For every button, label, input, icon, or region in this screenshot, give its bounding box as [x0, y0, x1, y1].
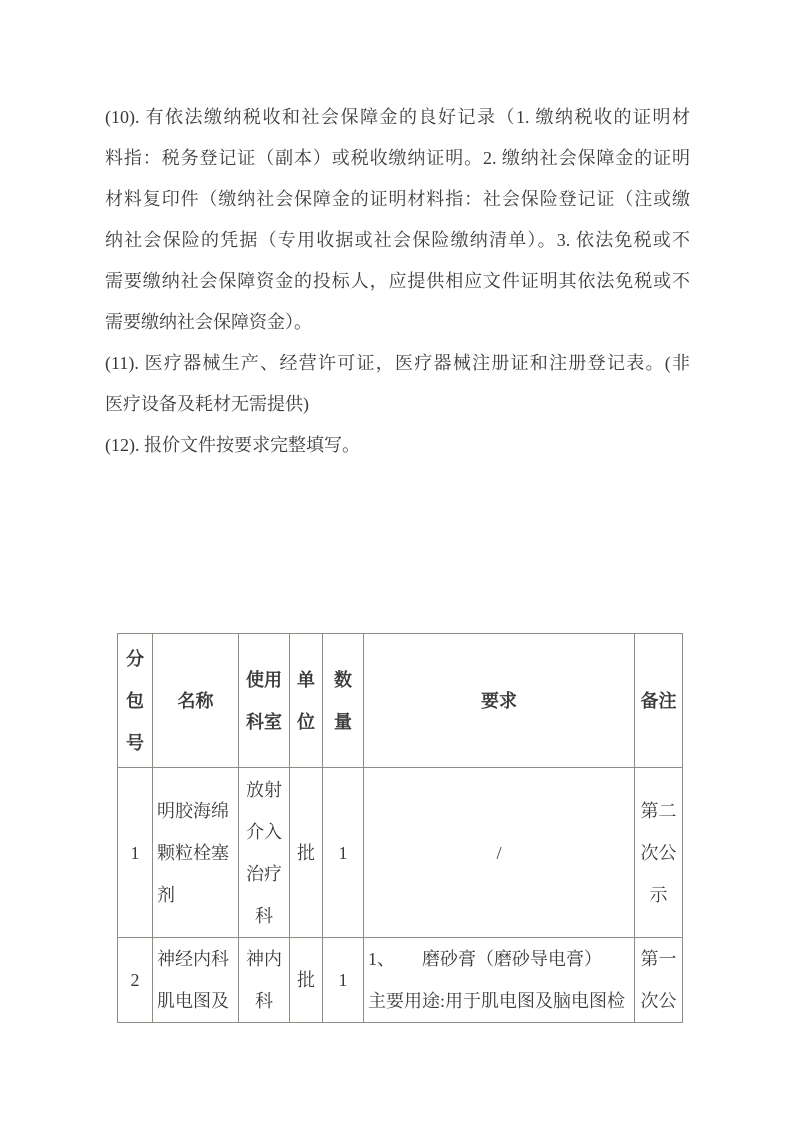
- cell-line: 颗粒栓塞: [157, 832, 236, 874]
- header-line: 号: [118, 722, 152, 764]
- cell-line: 神经内科: [157, 938, 236, 980]
- header-line: 包: [118, 680, 152, 722]
- text-line: 需要缴纳社会保障资金的投标人，应提供相应文件证明其依法免税或不: [105, 261, 690, 302]
- text-line: 料指：税务登记证（副本）或税收缴纳证明。2. 缴纳社会保障金的证明: [105, 138, 690, 179]
- header-unit: 单 位: [290, 634, 323, 768]
- paragraph-10: (10). 有依法缴纳税收和社会保障金的良好记录（1. 缴纳税收的证明材 料指：…: [105, 97, 690, 343]
- cell-line: 科: [239, 895, 289, 937]
- header-line: 科室: [239, 701, 289, 743]
- cell-line: 放射: [239, 769, 289, 811]
- cell-line: 次公: [635, 980, 682, 1022]
- paragraph-12: (12). 报价文件按要求完整填写。: [105, 425, 690, 466]
- cell-line: 第一: [635, 938, 682, 980]
- cell-line: 示: [635, 874, 682, 916]
- cell-quantity: 1: [323, 938, 364, 1023]
- cell-unit: 批: [290, 938, 323, 1023]
- text-line: 材料复印件（缴纳社会保障金的证明材料指：社会保险登记证（注或缴: [105, 179, 690, 220]
- header-remark: 备注: [635, 634, 683, 768]
- procurement-label: [105, 589, 690, 630]
- header-line: 使用: [239, 659, 289, 701]
- document-body-text: (10). 有依法缴纳税收和社会保障金的良好记录（1. 缴纳税收的证明材 料指：…: [105, 97, 690, 630]
- text-line: 医疗设备及耗材无需提供): [105, 384, 690, 425]
- cell-line: 科: [239, 980, 289, 1022]
- text-line: 纳社会保险的凭据（专用收据或社会保险缴纳清单）。3. 依法免税或不: [105, 220, 690, 261]
- table-header-row: 分 包 号 名称 使用 科室 单 位 数 量 要求 备注: [118, 634, 683, 768]
- cell-line: 次公: [635, 832, 682, 874]
- cell-quantity: 1: [323, 768, 364, 938]
- cell-line: 肌电图及: [157, 980, 236, 1022]
- procurement-label-text: [105, 589, 690, 630]
- cell-line: 治疗: [239, 853, 289, 895]
- text-line: (12). 报价文件按要求完整填写。: [105, 425, 690, 466]
- cell-department: 神内 科: [239, 938, 290, 1023]
- cell-requirement: /: [364, 768, 635, 938]
- cell-line: 主要用途:用于肌电图及脑电图检: [368, 980, 632, 1022]
- header-quantity: 数 量: [323, 634, 364, 768]
- cell-unit: 批: [290, 768, 323, 938]
- header-requirement: 要求: [364, 634, 635, 768]
- text-line: (11). 医疗器械生产、经营许可证，医疗器械注册证和注册登记表。(非: [105, 343, 690, 384]
- cell-line: 神内: [239, 938, 289, 980]
- cell-package-no: 1: [118, 768, 153, 938]
- cell-remark: 第二 次公 示: [635, 768, 683, 938]
- note-text: [105, 466, 690, 507]
- cell-remark: 第一 次公: [635, 938, 683, 1023]
- table-row: 1 明胶海绵 颗粒栓塞 剂 放射 介入 治疗 科 批 1 / 第二 次公 示: [118, 768, 683, 938]
- cell-line: 1、 磨砂膏（磨砂导电膏）: [368, 938, 632, 980]
- text-line: 需要缴纳社会保障资金）。: [105, 302, 690, 343]
- header-package-no: 分 包 号: [118, 634, 153, 768]
- header-department: 使用 科室: [239, 634, 290, 768]
- cell-name: 神经内科 肌电图及: [153, 938, 239, 1023]
- header-line: 量: [323, 701, 363, 743]
- cell-package-no: 2: [118, 938, 153, 1023]
- cell-line: 介入: [239, 811, 289, 853]
- header-line: 分: [118, 638, 152, 680]
- cell-requirement: 1、 磨砂膏（磨砂导电膏） 主要用途:用于肌电图及脑电图检: [364, 938, 635, 1023]
- cell-line: 剂: [157, 874, 236, 916]
- project-title-text: [105, 507, 690, 548]
- project-number-text: [105, 548, 690, 589]
- cell-name: 明胶海绵 颗粒栓塞 剂: [153, 768, 239, 938]
- header-line: 数: [323, 659, 363, 701]
- paragraph-11: (11). 医疗器械生产、经营许可证，医疗器械注册证和注册登记表。(非 医疗设备…: [105, 343, 690, 425]
- header-line: 单: [290, 659, 322, 701]
- project-number: [105, 548, 690, 589]
- header-line: 位: [290, 701, 322, 743]
- cell-line: 第二: [635, 790, 682, 832]
- document-page: (10). 有依法缴纳税收和社会保障金的良好记录（1. 缴纳税收的证明材 料指：…: [0, 0, 793, 1122]
- project-title: [105, 507, 690, 548]
- text-line: (10). 有依法缴纳税收和社会保障金的良好记录（1. 缴纳税收的证明材: [105, 97, 690, 138]
- cell-department: 放射 介入 治疗 科: [239, 768, 290, 938]
- cell-line: 明胶海绵: [157, 790, 236, 832]
- table-row: 2 神经内科 肌电图及 神内 科 批 1 1、 磨砂膏（磨砂导电膏） 主要用途:…: [118, 938, 683, 1023]
- header-name: 名称: [153, 634, 239, 768]
- procurement-table: 分 包 号 名称 使用 科室 单 位 数 量 要求 备注 1 明胶海绵: [117, 633, 683, 1023]
- note-line: [105, 466, 690, 507]
